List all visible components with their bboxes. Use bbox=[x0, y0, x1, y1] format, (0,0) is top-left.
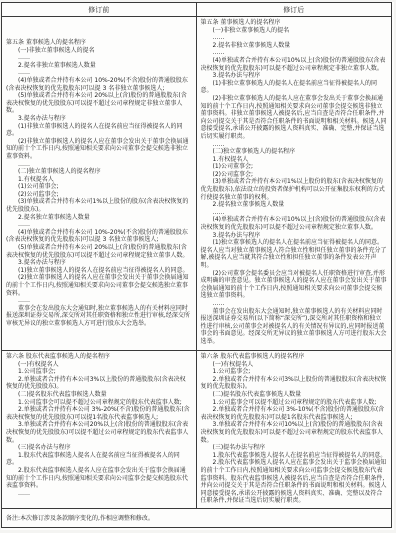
paragraph: 1.股东代表监事候选人提名人在提名前应当征得被提名人的同意。 bbox=[6, 452, 192, 467]
paragraph: (一)非独立董事候选人的提名 bbox=[6, 47, 192, 55]
paragraph: (二)提名股东代表监事候选人数量 bbox=[6, 391, 192, 399]
paragraph: (2)非独立董事候选人的提名人应在董事会发出关于董事会换届通知的前十个工作日内,… bbox=[201, 95, 388, 141]
paragraph: (1)独立董事候选人的提名人在提名前应当征得被提名人的同意。提名人应当对独立董事… bbox=[201, 239, 388, 269]
footer-note: 备注:本次修订涉及条款顺序变化的,作相应调整和修改。 bbox=[2, 509, 391, 527]
paragraph: (1)非独立董事候选人的提名人在提名前应当征得被提名人的同意。 bbox=[201, 80, 388, 95]
paragraph: 2.单独或者合并持有本公司3%以上股份的普通股股东(含表决权恢复的优先股股东)。 bbox=[201, 376, 388, 391]
paragraph: 3.提名办法与程序 bbox=[6, 259, 192, 267]
paragraph: 3.提名办法与程序 bbox=[201, 72, 388, 80]
paragraph: (4)单独或者合并持有本公司 10%-20%(不含)股份的普通股股东(含表决权恢… bbox=[6, 229, 192, 244]
paragraph: …… bbox=[6, 221, 192, 229]
paragraph: (二)提名股东代表监事候选人数量 bbox=[201, 391, 388, 399]
paragraph: (三)提名办法与程序 bbox=[201, 444, 388, 452]
paragraph: …… bbox=[6, 161, 192, 169]
paragraph: …… bbox=[6, 490, 192, 498]
after-article5-cell: 第五条 董事候选人的提名程序(一)非独立董事候选人的提名……2.提名非独立董事候… bbox=[197, 17, 392, 351]
paragraph: 2.提名独立董事候选人数量 bbox=[201, 201, 388, 209]
paragraph: (1)公司董事会; bbox=[6, 183, 192, 191]
paragraph: 董事会在发出股东大会通知时,独立董事候选人的有关材料应同时报送深圳证券交易所(以… bbox=[201, 308, 388, 346]
paragraph: 2.提名独立董事候选人数量 bbox=[6, 214, 192, 222]
paragraph: (4)单独或者合并持有本公司 10%-20%(不含)股份的普通股股东(含表决权恢… bbox=[6, 77, 192, 92]
paragraph: (二)独立董事候选人的提名程序 bbox=[6, 168, 192, 176]
paragraph: 3.提名办法与程序 bbox=[6, 115, 192, 123]
paragraph: (2)公司董事会提名委员会应当对被提名人任职资格进行审查,并形成明确的审查意见。… bbox=[201, 270, 388, 300]
paragraph: (三)提名办法与程序 bbox=[6, 444, 192, 452]
paragraph: (1)公司董事会; bbox=[201, 163, 388, 171]
paragraph: (3)单独或者合并持有本公司1%以上股份的股东(含表决权恢复的优先股股东)。 bbox=[6, 198, 192, 213]
paragraph: 第六条 股东代表监事候选人的提名程序 bbox=[201, 353, 388, 361]
after-article6-cell: 第六条 股东代表监事候选人的提名程序(一)有权提名人1.公司监事会;2.单独或者… bbox=[197, 351, 392, 509]
paragraph: 2.股东代表监事候选人提名人应在监事会发出关于监事会换届通知的前十个工作日内,按… bbox=[201, 459, 388, 505]
paragraph: (4)单独或者合并持有本公司10%以上(含)股份的普通股股东(含表决权恢复的优先… bbox=[201, 57, 388, 72]
revision-comparison-table: 修订前 修订后 第五条 董事候选人的提名程序(一)非独立董事候选人的提名……2.… bbox=[1, 2, 392, 528]
paragraph: …… bbox=[6, 54, 192, 62]
paragraph: 董事会在发出股东大会通知时,独立董事候选人的有关材料应同时报送深圳证券交易所,深… bbox=[6, 305, 192, 328]
paragraph: 1.公司监事会; bbox=[6, 368, 192, 376]
paragraph: 2.提名非独立董事候选人数量 bbox=[201, 42, 388, 50]
paragraph: 2.单独或者合并持有本公司3%以上股份的普通股股东(含表决权恢复的优先股股东)。 bbox=[6, 376, 192, 391]
paragraph: (一)非独立董事候选人的提名 bbox=[201, 27, 388, 35]
paragraph: 2.单独或者合并持有本公司 3%-20%(不含)股份的普通股股东(含表决权恢复的… bbox=[6, 406, 192, 421]
paragraph: 3.单独或者合并持有本公司10%以上(含)股份的普通股股东(含表决权恢复的优先股… bbox=[201, 421, 388, 444]
paragraph: 第五条 董事候选人的提名程序 bbox=[6, 39, 192, 47]
paragraph: 第五条 董事候选人的提名程序 bbox=[201, 19, 388, 27]
paragraph: 2.提名非独立董事候选人数量 bbox=[6, 62, 192, 70]
document-page: 修订前 修订后 第五条 董事候选人的提名程序(一)非独立董事候选人的提名……2.… bbox=[1, 2, 394, 530]
paragraph: (二)独立董事候选人的提名程序 bbox=[201, 148, 388, 156]
paragraph: …… bbox=[201, 34, 388, 42]
paragraph: …… bbox=[201, 49, 388, 57]
paragraph: 1.公司监事会; bbox=[201, 368, 388, 376]
paragraph: …… bbox=[6, 297, 192, 305]
before-article6-cell: 第六条 股东代表监事候选人的提名程序(一)有权提名人1.公司监事会;2.单独或者… bbox=[2, 351, 197, 509]
paragraph: …… bbox=[201, 141, 388, 149]
paragraph: …… bbox=[6, 69, 192, 77]
paragraph: 2.股东代表监事候选人提名人应在监事会发出关于监事会换届通知的前十个工作日内,按… bbox=[6, 467, 192, 490]
paragraph: (5)单独或者合并持有本公司 20%以上(含)股份的普通股股东(含表决权恢复的优… bbox=[6, 92, 192, 115]
paragraph: (3)单独或者合并持有本公司1%以上股份的股东(含表决权恢复的优先股股东),依法… bbox=[201, 178, 388, 201]
paragraph: 3.单独或者合并持有本公司20%以上(含)股份的普通股股东(含表决权恢复的优先股… bbox=[6, 421, 192, 444]
paragraph: (2)独立董事候选人的提名人应在董事会发出关于董事会换届通知的前十个工作日内,按… bbox=[6, 274, 192, 297]
paragraph: (4)单独或者合并持有本公司10%以上(含)股份的普通股股东(含表决权恢复的优先… bbox=[201, 216, 388, 231]
before-article5-cell: 第五条 董事候选人的提名程序(一)非独立董事候选人的提名……2.提名非独立董事候… bbox=[2, 17, 197, 351]
paragraph: (2)非独立董事候选人的提名人应在董事会发出关于董事会换届通知的前十个工作日内,… bbox=[6, 138, 192, 161]
paragraph: (5)单独或者合并持有本公司 20%以上(含)股份的普通股股东(含表决权恢复的优… bbox=[6, 244, 192, 259]
column-header-after: 修订后 bbox=[197, 3, 392, 17]
paragraph: 2.单独或者合并持有本公司 3%-10%(不含)股份的普通股股东(含表决权恢复的… bbox=[201, 406, 388, 421]
paragraph: 第六条 股东代表监事候选人的提名程序 bbox=[6, 353, 192, 361]
paragraph: …… bbox=[201, 300, 388, 308]
paragraph: (1)非独立董事候选人的提名人在提名前应当征得被提名人的同意。 bbox=[6, 123, 192, 138]
column-header-before: 修订前 bbox=[2, 3, 197, 17]
